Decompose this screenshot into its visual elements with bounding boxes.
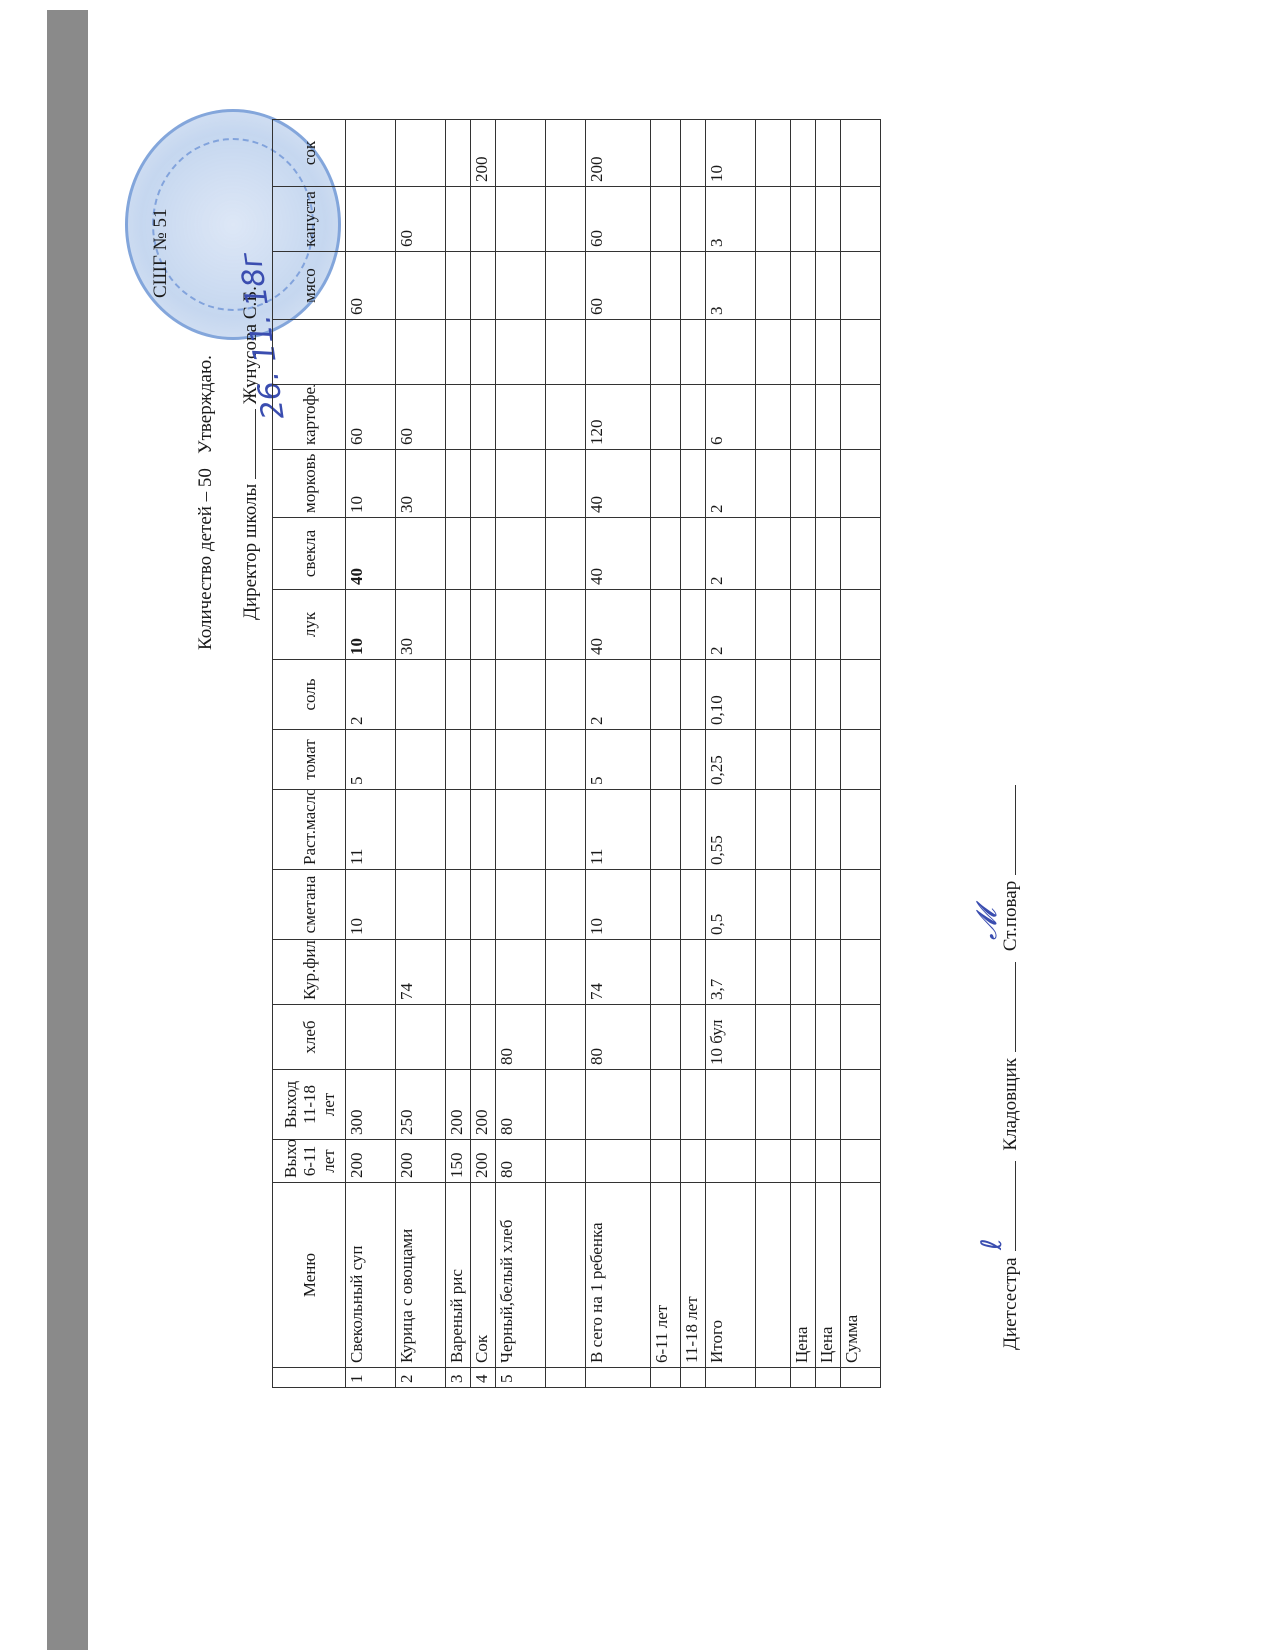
quantity-cell: 10 — [586, 870, 651, 940]
quantity-cell — [396, 120, 446, 187]
header-row: МенюВыход 6-11 летВыход 11-18 летхлебКур… — [273, 120, 346, 1388]
quantity-cell — [471, 187, 496, 252]
table-row: В сего на 1 ребенка807410115240404012060… — [586, 120, 651, 1388]
table-row: 11-18 лет — [681, 120, 706, 1388]
quantity-cell — [346, 1005, 396, 1070]
quantity-cell — [756, 518, 791, 590]
quantity-cell — [841, 1140, 881, 1183]
quantity-cell: 200 — [471, 120, 496, 187]
quantity-cell — [546, 1005, 586, 1070]
quantity-cell: 10 — [706, 120, 756, 187]
quantity-cell: 80 — [496, 1005, 546, 1070]
quantity-cell — [446, 518, 471, 590]
quantity-cell — [396, 320, 446, 385]
quantity-cell: 40 — [586, 518, 651, 590]
quantity-cell — [841, 252, 881, 320]
menu-item-name — [756, 1183, 791, 1368]
quantity-cell — [496, 518, 546, 590]
table-row: 2Курица с овощами2002507430306060 — [396, 120, 446, 1388]
quantity-cell — [546, 252, 586, 320]
quantity-cell — [496, 320, 546, 385]
quantity-cell — [756, 252, 791, 320]
quantity-cell — [446, 940, 471, 1005]
signature-head-cook: 𝓜 — [970, 909, 1004, 940]
quantity-cell — [791, 1140, 816, 1183]
quantity-cell — [546, 385, 586, 450]
quantity-cell: 80 — [496, 1070, 546, 1140]
quantity-cell — [471, 870, 496, 940]
quantity-cell: 5 — [586, 730, 651, 790]
quantity-cell — [681, 450, 706, 518]
quantity-cell: 5 — [346, 730, 396, 790]
quantity-cell: 3 — [706, 187, 756, 252]
quantity-cell — [816, 320, 841, 385]
quantity-cell — [841, 660, 881, 730]
quantity-cell: 74 — [396, 940, 446, 1005]
quantity-cell — [681, 1070, 706, 1140]
quantity-cell — [791, 730, 816, 790]
row-number — [586, 1368, 651, 1388]
quantity-cell — [681, 252, 706, 320]
quantity-cell: 2 — [706, 590, 756, 660]
quantity-cell — [446, 660, 471, 730]
quantity-cell — [791, 187, 816, 252]
quantity-cell — [841, 790, 881, 870]
quantity-cell: 200 — [471, 1140, 496, 1183]
director-label: Директор школы — [240, 484, 261, 620]
quantity-cell: 60 — [346, 385, 396, 450]
row-number — [756, 1368, 791, 1388]
quantity-cell — [396, 730, 446, 790]
quantity-cell — [496, 385, 546, 450]
quantity-cell — [816, 730, 841, 790]
quantity-cell: 3 — [706, 252, 756, 320]
quantity-cell — [651, 870, 681, 940]
quantity-cell: 120 — [586, 385, 651, 450]
quantity-cell — [546, 450, 586, 518]
quantity-cell — [546, 1140, 586, 1183]
quantity-cell — [816, 660, 841, 730]
column-header: Выход 6-11 лет — [273, 1140, 346, 1183]
quantity-cell — [471, 660, 496, 730]
quantity-cell — [546, 730, 586, 790]
quantity-cell — [546, 870, 586, 940]
column-header: соль — [273, 660, 346, 730]
quantity-cell — [346, 940, 396, 1005]
quantity-cell: 11 — [346, 790, 396, 870]
quantity-cell — [756, 590, 791, 660]
quantity-cell — [791, 450, 816, 518]
quantity-cell: 200 — [346, 1140, 396, 1183]
quantity-cell — [471, 1005, 496, 1070]
quantity-cell — [816, 385, 841, 450]
quantity-cell — [496, 450, 546, 518]
quantity-cell — [496, 730, 546, 790]
quantity-cell — [791, 940, 816, 1005]
quantity-cell — [546, 590, 586, 660]
quantity-cell: 60 — [586, 252, 651, 320]
column-header: томат — [273, 730, 346, 790]
quantity-cell — [396, 870, 446, 940]
quantity-cell: 200 — [471, 1070, 496, 1140]
menu-item-name: Сумма — [841, 1183, 881, 1368]
column-header: Меню — [273, 1183, 346, 1368]
quantity-cell — [446, 252, 471, 320]
table-row: Итого10 бул3,70,50,550,250,1022263310 — [706, 120, 756, 1388]
quantity-cell — [496, 940, 546, 1005]
menu-item-name: 11-18 лет — [681, 1183, 706, 1368]
quantity-cell — [756, 120, 791, 187]
table-row — [546, 120, 586, 1388]
column-header: Кур.филе — [273, 940, 346, 1005]
column-header — [273, 320, 346, 385]
quantity-cell — [651, 1140, 681, 1183]
column-header: морковь — [273, 450, 346, 518]
row-number — [791, 1368, 816, 1388]
row-number — [706, 1368, 756, 1388]
rotated-page: СШГ № 51 Количество детей – 50 Утверждаю… — [0, 0, 1275, 1650]
quantity-cell — [756, 320, 791, 385]
quantity-cell — [791, 660, 816, 730]
quantity-cell: 60 — [396, 187, 446, 252]
quantity-cell — [496, 790, 546, 870]
quantity-cell — [651, 320, 681, 385]
quantity-cell — [546, 518, 586, 590]
quantity-cell: 30 — [396, 450, 446, 518]
quantity-cell — [756, 385, 791, 450]
quantity-cell — [396, 1005, 446, 1070]
quantity-cell: 40 — [586, 450, 651, 518]
quantity-cell — [651, 1070, 681, 1140]
quantity-cell — [586, 1070, 651, 1140]
quantity-cell — [396, 790, 446, 870]
table-row: Цена — [816, 120, 841, 1388]
quantity-cell: 250 — [396, 1070, 446, 1140]
quantity-cell — [791, 320, 816, 385]
quantity-cell — [841, 385, 881, 450]
quantity-cell — [446, 790, 471, 870]
quantity-cell — [816, 1070, 841, 1140]
quantity-cell — [841, 870, 881, 940]
quantity-cell: 6 — [706, 385, 756, 450]
quantity-cell — [841, 518, 881, 590]
quantity-cell — [681, 187, 706, 252]
quantity-cell — [681, 730, 706, 790]
quantity-cell — [546, 120, 586, 187]
quantity-cell — [546, 660, 586, 730]
quantity-cell — [841, 730, 881, 790]
row-number: 3 — [446, 1368, 471, 1388]
table-row: 6-11 лет — [651, 120, 681, 1388]
quantity-cell — [756, 940, 791, 1005]
quantity-cell — [346, 120, 396, 187]
column-header — [273, 1368, 346, 1388]
row-number — [651, 1368, 681, 1388]
menu-item-name: Свекольный суп — [346, 1183, 396, 1368]
quantity-cell — [446, 120, 471, 187]
quantity-cell — [651, 187, 681, 252]
quantity-cell — [651, 450, 681, 518]
row-number — [681, 1368, 706, 1388]
quantity-cell: 300 — [346, 1070, 396, 1140]
quantity-cell — [816, 450, 841, 518]
quantity-cell: 0,55 — [706, 790, 756, 870]
quantity-cell — [496, 870, 546, 940]
row-number: 4 — [471, 1368, 496, 1388]
quantity-cell — [651, 120, 681, 187]
row-number — [816, 1368, 841, 1388]
quantity-cell — [496, 120, 546, 187]
quantity-cell — [471, 385, 496, 450]
menu-item-name: 6-11 лет — [651, 1183, 681, 1368]
quantity-cell — [681, 1005, 706, 1070]
quantity-cell — [496, 590, 546, 660]
quantity-cell: 10 — [346, 590, 396, 660]
quantity-cell: 200 — [396, 1140, 446, 1183]
quantity-cell — [791, 1070, 816, 1140]
menu-item-name: Цена — [791, 1183, 816, 1368]
quantity-cell: 80 — [586, 1005, 651, 1070]
quantity-cell — [471, 730, 496, 790]
table-row: Цена — [791, 120, 816, 1388]
quantity-cell — [651, 1005, 681, 1070]
quantity-cell — [841, 1070, 881, 1140]
quantity-cell — [651, 660, 681, 730]
quantity-cell: 200 — [586, 120, 651, 187]
children-count: Количество детей – 50 — [195, 468, 216, 650]
quantity-cell — [651, 252, 681, 320]
quantity-cell — [546, 320, 586, 385]
quantity-cell — [446, 590, 471, 660]
table-row: Сумма — [841, 120, 881, 1388]
quantity-cell: 3,7 — [706, 940, 756, 1005]
quantity-cell — [651, 518, 681, 590]
menu-item-name: Курица с овощами — [396, 1183, 446, 1368]
quantity-cell — [496, 252, 546, 320]
quantity-cell — [706, 1140, 756, 1183]
menu-item-name: Итого — [706, 1183, 756, 1368]
quantity-cell — [471, 790, 496, 870]
quantity-cell: 2 — [706, 450, 756, 518]
quantity-cell — [681, 518, 706, 590]
quantity-cell — [841, 320, 881, 385]
table-row: 5Черный,белый хлеб808080 — [496, 120, 546, 1388]
quantity-cell: 11 — [586, 790, 651, 870]
quantity-cell: 2 — [586, 660, 651, 730]
quantity-cell — [681, 590, 706, 660]
quantity-cell — [791, 252, 816, 320]
quantity-cell — [586, 1140, 651, 1183]
row-number — [546, 1368, 586, 1388]
quantity-cell: 2 — [706, 518, 756, 590]
quantity-cell — [791, 790, 816, 870]
quantity-cell — [841, 120, 881, 187]
quantity-cell — [706, 1070, 756, 1140]
quantity-cell — [816, 187, 841, 252]
quantity-cell — [791, 385, 816, 450]
quantity-cell — [446, 450, 471, 518]
quantity-cell — [791, 1005, 816, 1070]
quantity-cell — [756, 730, 791, 790]
quantity-cell — [681, 790, 706, 870]
column-header: сметана — [273, 870, 346, 940]
column-header: сок — [273, 120, 346, 187]
quantity-cell — [756, 1140, 791, 1183]
quantity-cell: 0,25 — [706, 730, 756, 790]
quantity-cell — [816, 590, 841, 660]
quantity-cell — [816, 870, 841, 940]
quantity-cell — [841, 187, 881, 252]
column-header: мясо — [273, 252, 346, 320]
quantity-cell — [471, 252, 496, 320]
quantity-cell — [791, 518, 816, 590]
column-header: лук — [273, 590, 346, 660]
column-header: Выход 11-18 лет — [273, 1070, 346, 1140]
quantity-cell — [841, 1005, 881, 1070]
quantity-cell — [756, 870, 791, 940]
menu-item-name: Сок — [471, 1183, 496, 1368]
quantity-cell — [681, 120, 706, 187]
quantity-cell: 74 — [586, 940, 651, 1005]
quantity-cell — [681, 940, 706, 1005]
signature-footer: Диетсестра Кладовщик Ст.повар — [1000, 779, 1022, 1350]
menu-item-name: В сего на 1 ребенка — [586, 1183, 651, 1368]
quantity-cell: 200 — [446, 1070, 471, 1140]
quantity-cell — [791, 870, 816, 940]
storekeeper-label: Кладовщик — [1000, 1058, 1021, 1151]
column-header: свекла — [273, 518, 346, 590]
quantity-cell: 30 — [396, 590, 446, 660]
quantity-cell — [546, 1070, 586, 1140]
quantity-cell — [471, 940, 496, 1005]
menu-item-name: Вареный рис — [446, 1183, 471, 1368]
quantity-cell — [756, 1070, 791, 1140]
quantity-cell — [841, 940, 881, 1005]
quantity-cell — [756, 660, 791, 730]
quantity-cell: 10 — [346, 450, 396, 518]
quantity-cell — [791, 120, 816, 187]
quantity-cell — [446, 385, 471, 450]
quantity-cell — [546, 940, 586, 1005]
quantity-cell: 0,10 — [706, 660, 756, 730]
quantity-cell — [446, 1005, 471, 1070]
quantity-cell — [471, 450, 496, 518]
quantity-cell: 60 — [396, 385, 446, 450]
quantity-cell — [471, 320, 496, 385]
quantity-cell: 40 — [346, 518, 396, 590]
quantity-cell — [816, 252, 841, 320]
quantity-cell: 150 — [446, 1140, 471, 1183]
quantity-cell — [651, 590, 681, 660]
quantity-cell — [816, 790, 841, 870]
quantity-cell — [816, 120, 841, 187]
quantity-cell: 0,5 — [706, 870, 756, 940]
row-number — [841, 1368, 881, 1388]
quantity-cell: 10 бул — [706, 1005, 756, 1070]
quantity-cell — [546, 790, 586, 870]
quantity-cell — [756, 450, 791, 518]
quantity-cell — [496, 187, 546, 252]
dietitian-label: Диетсестра — [1000, 1257, 1021, 1350]
quantity-cell — [681, 1140, 706, 1183]
quantity-cell — [816, 940, 841, 1005]
quantity-cell: 10 — [346, 870, 396, 940]
table-row — [756, 120, 791, 1388]
quantity-cell — [841, 450, 881, 518]
quantity-cell — [756, 790, 791, 870]
quantity-cell — [651, 790, 681, 870]
quantity-cell — [446, 187, 471, 252]
quantity-cell — [396, 252, 446, 320]
quantity-cell — [816, 1140, 841, 1183]
table-row: 1Свекольный суп2003001011521040106060 — [346, 120, 396, 1388]
menu-item-name: Цена — [816, 1183, 841, 1368]
quantity-cell — [651, 385, 681, 450]
quantity-cell — [446, 320, 471, 385]
quantity-cell — [446, 870, 471, 940]
quantity-cell — [816, 518, 841, 590]
school-title: СШГ № 51 — [150, 209, 172, 298]
table-row: 4Сок200200200 — [471, 120, 496, 1388]
children-count-line: Количество детей – 50 Утверждаю. — [195, 355, 217, 650]
quantity-cell — [816, 1005, 841, 1070]
row-number: 1 — [346, 1368, 396, 1388]
quantity-cell — [681, 870, 706, 940]
quantity-cell — [496, 660, 546, 730]
column-header: хлеб — [273, 1005, 346, 1070]
quantity-cell — [756, 187, 791, 252]
quantity-cell — [651, 730, 681, 790]
quantity-cell — [756, 1005, 791, 1070]
quantity-cell — [681, 320, 706, 385]
quantity-cell: 40 — [586, 590, 651, 660]
quantity-cell — [346, 320, 396, 385]
quantity-cell — [681, 385, 706, 450]
quantity-cell — [586, 320, 651, 385]
menu-item-name: Черный,белый хлеб — [496, 1183, 546, 1368]
quantity-cell: 60 — [346, 252, 396, 320]
row-number: 5 — [496, 1368, 546, 1388]
quantity-cell — [791, 590, 816, 660]
row-number: 2 — [396, 1368, 446, 1388]
quantity-cell — [651, 940, 681, 1005]
quantity-cell: 2 — [346, 660, 396, 730]
column-header: Раст.масло — [273, 790, 346, 870]
quantity-cell — [471, 590, 496, 660]
quantity-cell — [346, 187, 396, 252]
quantity-cell: 60 — [586, 187, 651, 252]
menu-table: МенюВыход 6-11 летВыход 11-18 летхлебКур… — [272, 119, 881, 1388]
quantity-cell — [706, 320, 756, 385]
menu-item-name — [546, 1183, 586, 1368]
quantity-cell — [546, 187, 586, 252]
approval-label: Утверждаю. — [195, 355, 216, 454]
quantity-cell — [396, 660, 446, 730]
quantity-cell — [681, 660, 706, 730]
quantity-cell — [471, 518, 496, 590]
table-row: 3Вареный рис150200 — [446, 120, 471, 1388]
column-header: капуста — [273, 187, 346, 252]
quantity-cell — [396, 518, 446, 590]
signature-dietitian: ℓ — [975, 1238, 1008, 1250]
quantity-cell: 80 — [496, 1140, 546, 1183]
column-header: картофель — [273, 385, 346, 450]
quantity-cell — [841, 590, 881, 660]
quantity-cell — [446, 730, 471, 790]
